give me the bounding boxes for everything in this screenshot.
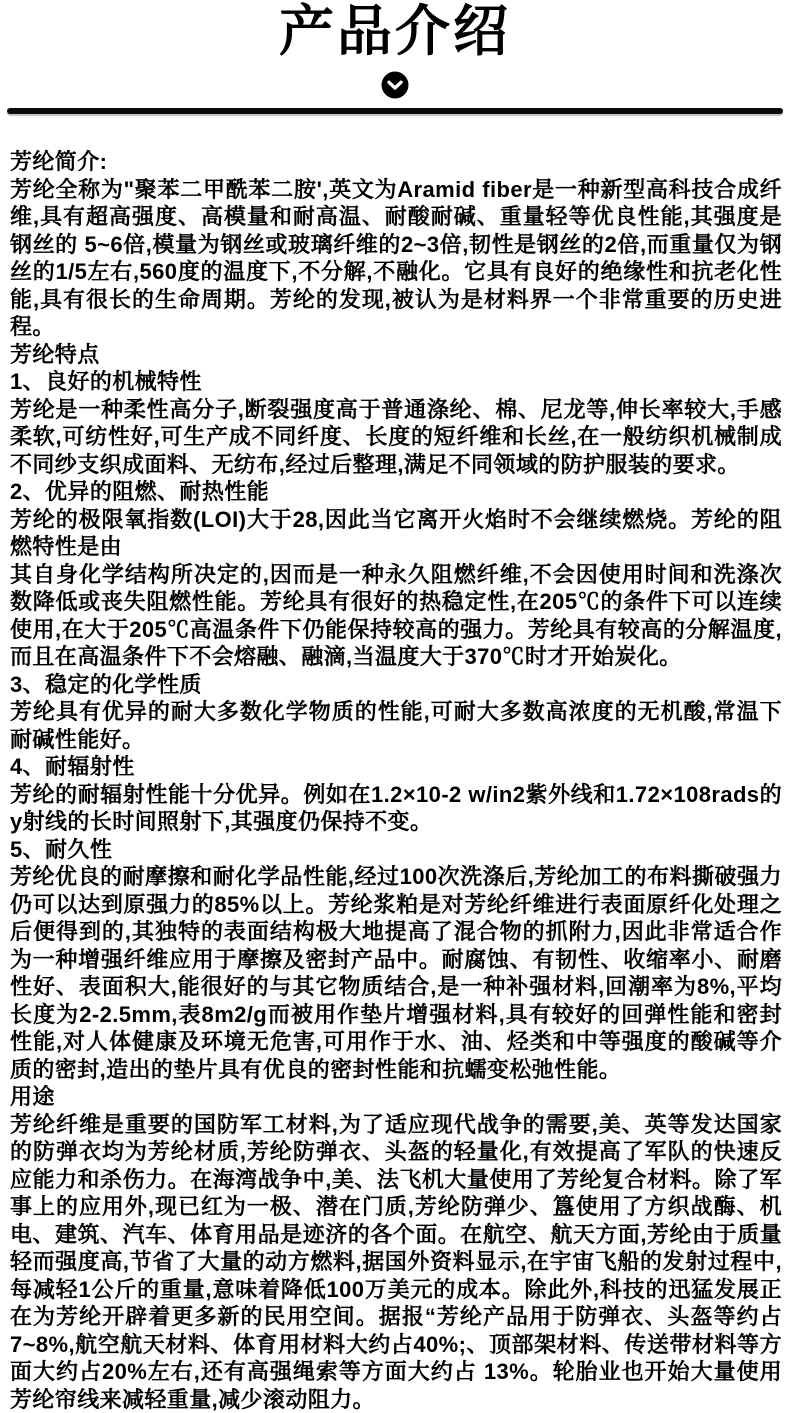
paragraph-intro-label: 芳纶简介: [10,148,782,176]
paragraph-feature3-body: 芳纶具有优异的耐大多数化学物质的性能,可耐大多数高浓度的无机酸,常温下耐碱性能好… [10,698,782,753]
paragraph-uses-body: 芳纶纤维是重要的国防军工材料,为了适应现代战争的需要,美、英等发达国家的防弹衣均… [10,1111,782,1413]
paragraph-feature4-body: 芳纶的耐辐射性能十分优异。例如在1.2×10-2 w/in2紫外线和1.72×1… [10,781,782,836]
paragraph-feature5-title: 5、耐久性 [10,836,782,864]
paragraph-feature3-title: 3、稳定的化学性质 [10,671,782,699]
chevron-down-icon [0,71,790,99]
paragraph-feature2-body-a: 芳纶的极限氧指数(LOI)大于28,因此当它离开火焰时不会继续燃烧。芳纶的阻燃特… [10,506,782,561]
page-header: 产品介绍 [0,0,790,114]
paragraph-feature4-title: 4、耐辐射性 [10,753,782,781]
paragraph-feature1-title: 1、良好的机械特性 [10,368,782,396]
paragraph-feature2-title: 2、优异的阻燃、耐热性能 [10,478,782,506]
paragraph-intro-body: 芳纶全称为"聚苯二甲酰苯二胺',英文为Aramid fiber是一种新型高科技合… [10,176,782,341]
page-title: 产品介绍 [0,2,790,60]
paragraph-features-label: 芳纶特点 [10,341,782,369]
paragraph-feature1-body: 芳纶是一种柔性高分子,断裂强度高于普通涤纶、棉、尼龙等,伸长率较大,手感柔软,可… [10,396,782,479]
paragraph-feature2-body-b: 其自身化学结构所决定的,因而是一种永久阻燃纤维,不会因使用时间和洗涤次数降低或丧… [10,561,782,671]
document-body: 芳纶简介: 芳纶全称为"聚苯二甲酰苯二胺',英文为Aramid fiber是一种… [0,114,790,1413]
paragraph-uses-label: 用途 [10,1083,782,1111]
paragraph-feature5-body: 芳纶优良的耐摩擦和耐化学品性能,经过100次洗涤后,芳纶加工的布料撕破强力仍可以… [10,863,782,1083]
product-intro-page: 产品介绍 芳纶简介: 芳纶全称为"聚苯二甲酰苯二胺',英文为Aramid fib… [0,0,790,1413]
